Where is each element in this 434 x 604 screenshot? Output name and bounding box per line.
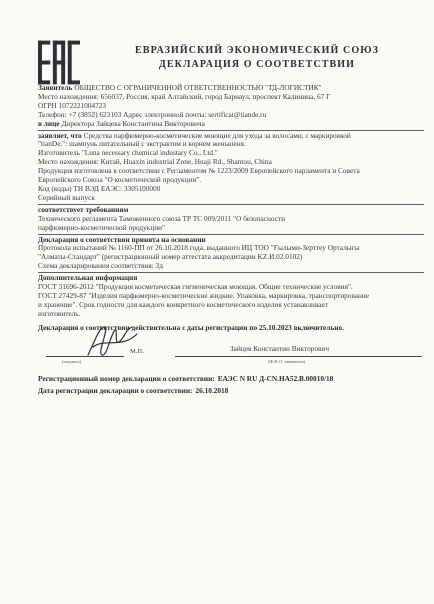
in-person-line: в лицеДиректора Зайцева Константина Викт…	[38, 120, 424, 129]
union-name: ЕВРАЗИЙСКИЙ ЭКОНОМИЧЕСКИЙ СОЮЗ	[92, 44, 422, 58]
registration-number-line: Регистрационный номер декларации о соотв…	[38, 373, 424, 386]
document-body: ЗаявительОБЩЕСТВО С ОГРАНИЧЕННОЙ ОТВЕТСТ…	[38, 84, 424, 398]
declaration-document: ЕВРАЗИЙСКИЙ ЭКОНОМИЧЕСКИЙ СОЮЗ ДЕКЛАРАЦИ…	[0, 0, 434, 604]
signer-name: Зайцев Константин Викторович	[230, 345, 329, 354]
eac-mark-icon	[38, 40, 80, 85]
gost-line-3: и хранение". Срок годности для каждого к…	[38, 301, 424, 310]
serial-issue: Серийный выпуск	[38, 194, 424, 203]
declaration-scheme: Схема декларирования соответствия: 3д	[38, 262, 424, 271]
compliance-line-2: парфюмерно-косметической продукции"	[38, 224, 424, 233]
registration-block: Регистрационный номер декларации о соотв…	[38, 373, 424, 399]
signature-icon	[80, 321, 142, 361]
tnved-code: Код (коды) ТН ВЭД ЕАЭС: 3305100000	[38, 185, 424, 194]
name-line	[175, 356, 422, 357]
applicant-label: Заявитель	[38, 83, 72, 92]
applicant-name: ОБЩЕСТВО С ОГРАНИЧЕННОЙ ОТВЕТСТВЕННОСТЬЮ…	[74, 83, 321, 92]
signature-caption: (подпись)	[62, 358, 81, 367]
gost-line-4: изготовитель.	[38, 310, 424, 319]
registration-number-value: ЕАЭС N RU Д-CN.НА52.В.00010/18	[218, 374, 334, 383]
product-description-1: Средства парфюмерно-косметические моющие…	[84, 131, 351, 140]
signature-block: ОГРН 1072221004723 TD-Logistics (подпись…	[38, 337, 424, 367]
registration-date-label: Дата регистрации декларации о соответств…	[38, 386, 192, 395]
declares-label: заявляет, что	[38, 131, 82, 140]
registration-date-value: 26.10.2018	[195, 386, 228, 395]
doc-type-title: ДЕКЛАРАЦИЯ О СООТВЕТСТВИИ	[92, 58, 422, 72]
registration-date-line: Дата регистрации декларации о соответств…	[38, 385, 424, 398]
registration-number-label: Регистрационный номер декларации о соотв…	[38, 374, 215, 383]
signer-name-caption: (Ф.И.О. заявителя)	[268, 358, 305, 367]
in-person-label: в лице	[38, 119, 60, 128]
in-person-name: Директора Зайцева Константина Викторович…	[62, 119, 205, 128]
document-title: ЕВРАЗИЙСКИЙ ЭКОНОМИЧЕСКИЙ СОЮЗ ДЕКЛАРАЦИ…	[92, 44, 422, 71]
